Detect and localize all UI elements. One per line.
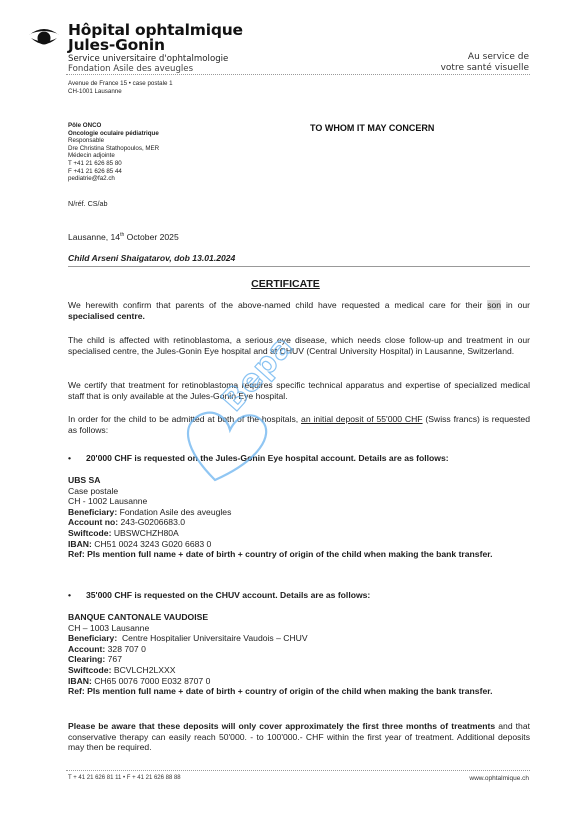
label: Beneficiary: xyxy=(68,633,117,643)
bank1-swift: Swiftcode: UBSWCHZH80A xyxy=(68,528,530,539)
hospital-address: Avenue de France 15 • case postale 1 CH-… xyxy=(68,80,173,96)
value: UBSWCHZH80A xyxy=(111,528,178,538)
contact-department: Oncologie oculaire pédiatrique xyxy=(68,130,159,138)
bank2-name: BANQUE CANTONALE VAUDOISE xyxy=(68,612,530,623)
bank1-name: UBS SA xyxy=(68,475,530,486)
address-line1: Avenue de France 15 • case postale 1 xyxy=(68,80,173,88)
bullet2-text: 35'000 CHF is requested on the CHUV acco… xyxy=(86,590,370,600)
value: Fondation Asile des aveugles xyxy=(117,507,231,517)
label: Swiftcode: xyxy=(68,528,111,538)
bank1-address2: CH - 1002 Lausanne xyxy=(68,496,530,507)
hospital-name-line2: Jules-Gonin xyxy=(68,38,243,53)
value: CH65 0076 7000 E032 8707 0 xyxy=(92,676,211,686)
eye-icon xyxy=(28,26,60,48)
p1-bold: specialised centre. xyxy=(68,311,145,321)
bank2-account: Account: 328 707 0 xyxy=(68,644,530,655)
recipient: TO WHOM IT MAY CONCERN xyxy=(310,123,434,133)
value: Centre Hospitalier Universitaire Vaudois… xyxy=(117,633,307,643)
certificate-title-text: CERTIFICATE xyxy=(251,278,320,290)
certificate-title: CERTIFICATE xyxy=(0,278,571,290)
bank2-ref: Ref: Pls mention full name + date of bir… xyxy=(68,686,530,697)
value: 328 707 0 xyxy=(105,644,146,654)
tagline: Au service de votre santé visuelle xyxy=(441,52,529,74)
address-line2: CH-1001 Lausanne xyxy=(68,88,173,96)
contact-title: Médecin adjointe xyxy=(68,152,159,160)
bank-details-bcv: BANQUE CANTONALE VAUDOISE CH – 1003 Laus… xyxy=(68,612,530,697)
fondation-name: Fondation Asile des aveugles xyxy=(68,64,193,74)
value: 767 xyxy=(105,654,122,664)
contact-role: Responsable xyxy=(68,137,159,145)
hospital-name: Hôpital ophtalmique Jules-Gonin xyxy=(68,23,243,53)
label: Clearing: xyxy=(68,654,105,664)
label: Swiftcode: xyxy=(68,665,111,675)
contact-email: pediatrie@fa2.ch xyxy=(68,175,159,183)
bullet-chuv: •35'000 CHF is requested on the CHUV acc… xyxy=(68,590,530,601)
date-rest: October 2025 xyxy=(124,232,178,242)
contact-phone: T +41 21 626 85 80 xyxy=(68,160,159,168)
p1-highlight: son xyxy=(487,300,501,310)
bullet-dot: • xyxy=(68,590,86,601)
bank2-address1: CH – 1003 Lausanne xyxy=(68,623,530,634)
contact-block: Pôle ONCO Oncologie oculaire pédiatrique… xyxy=(68,122,159,183)
value: 243-G0206683.0 xyxy=(118,517,185,527)
label: Beneficiary: xyxy=(68,507,117,517)
bullet-dot: • xyxy=(68,453,86,464)
footer-website[interactable]: www.ophtalmique.ch xyxy=(469,775,529,782)
bullet1-text: 20'000 CHF is requested on the Jules-Gon… xyxy=(86,453,449,463)
bullet-jules-gonin: •20'000 CHF is requested on the Jules-Go… xyxy=(68,453,530,464)
label: Account no: xyxy=(68,517,118,527)
date-prefix: Lausanne, 14 xyxy=(68,232,120,242)
paragraph-deposit: In order for the child to be admitted at… xyxy=(68,414,530,435)
tagline-line2: votre santé visuelle xyxy=(441,63,529,74)
p4-text: In order for the child to be admitted at… xyxy=(68,414,301,424)
header-divider xyxy=(66,74,530,75)
reference: N/réf. CS/ab xyxy=(68,199,108,208)
p4-underline: an initial deposit of 55'000 CHF xyxy=(301,414,423,424)
bank2-beneficiary: Beneficiary: Centre Hospitalier Universi… xyxy=(68,633,530,644)
p1-text: We herewith confirm that parents of the … xyxy=(68,300,487,310)
bank2-swift: Swiftcode: BCVLCH2LXXX xyxy=(68,665,530,676)
service-name: Service universitaire d'ophtalmologie xyxy=(68,54,228,64)
footer-divider xyxy=(66,770,530,771)
letter-date: Lausanne, 14th October 2025 xyxy=(68,230,530,242)
letter-subject: Child Arseni Shaigatarov, dob 13.01.2024 xyxy=(68,253,530,267)
bank1-address1: Case postale xyxy=(68,486,530,497)
label: IBAN: xyxy=(68,676,92,686)
tagline-line1: Au service de xyxy=(441,52,529,63)
label: IBAN: xyxy=(68,539,92,549)
paragraph-confirmation: We herewith confirm that parents of the … xyxy=(68,300,530,321)
bank1-iban: IBAN: CH51 0024 3243 G020 6683 0 xyxy=(68,539,530,550)
paragraph-certification: We certify that treatment for retinoblas… xyxy=(68,380,530,401)
bank1-beneficiary: Beneficiary: Fondation Asile des aveugle… xyxy=(68,507,530,518)
value: BCVLCH2LXXX xyxy=(111,665,175,675)
p1-text-b: in our xyxy=(501,300,530,310)
bank1-ref: Ref: Pls mention full name + date of bir… xyxy=(68,549,530,560)
bank2-iban: IBAN: CH65 0076 7000 E032 8707 0 xyxy=(68,676,530,687)
certificate-document: Hôpital ophtalmique Jules-Gonin Service … xyxy=(0,0,571,813)
bank-details-ubs: UBS SA Case postale CH - 1002 Lausanne B… xyxy=(68,475,530,560)
value: CH51 0024 3243 G020 6683 0 xyxy=(92,539,211,549)
bank2-clearing: Clearing: 767 xyxy=(68,654,530,665)
contact-fax: F +41 21 626 85 44 xyxy=(68,168,159,176)
contact-unit: Pôle ONCO xyxy=(68,122,159,130)
contact-doctor: Dre Christina Stathopoulos, MER xyxy=(68,145,159,153)
label: Account: xyxy=(68,644,105,654)
footer-phones: T + 41 21 626 81 11 • F + 41 21 626 88 8… xyxy=(68,775,181,781)
warning-bold: Please be aware that these deposits will… xyxy=(68,721,495,731)
bank1-account: Account no: 243-G0206683.0 xyxy=(68,517,530,528)
paragraph-warning: Please be aware that these deposits will… xyxy=(68,721,530,753)
